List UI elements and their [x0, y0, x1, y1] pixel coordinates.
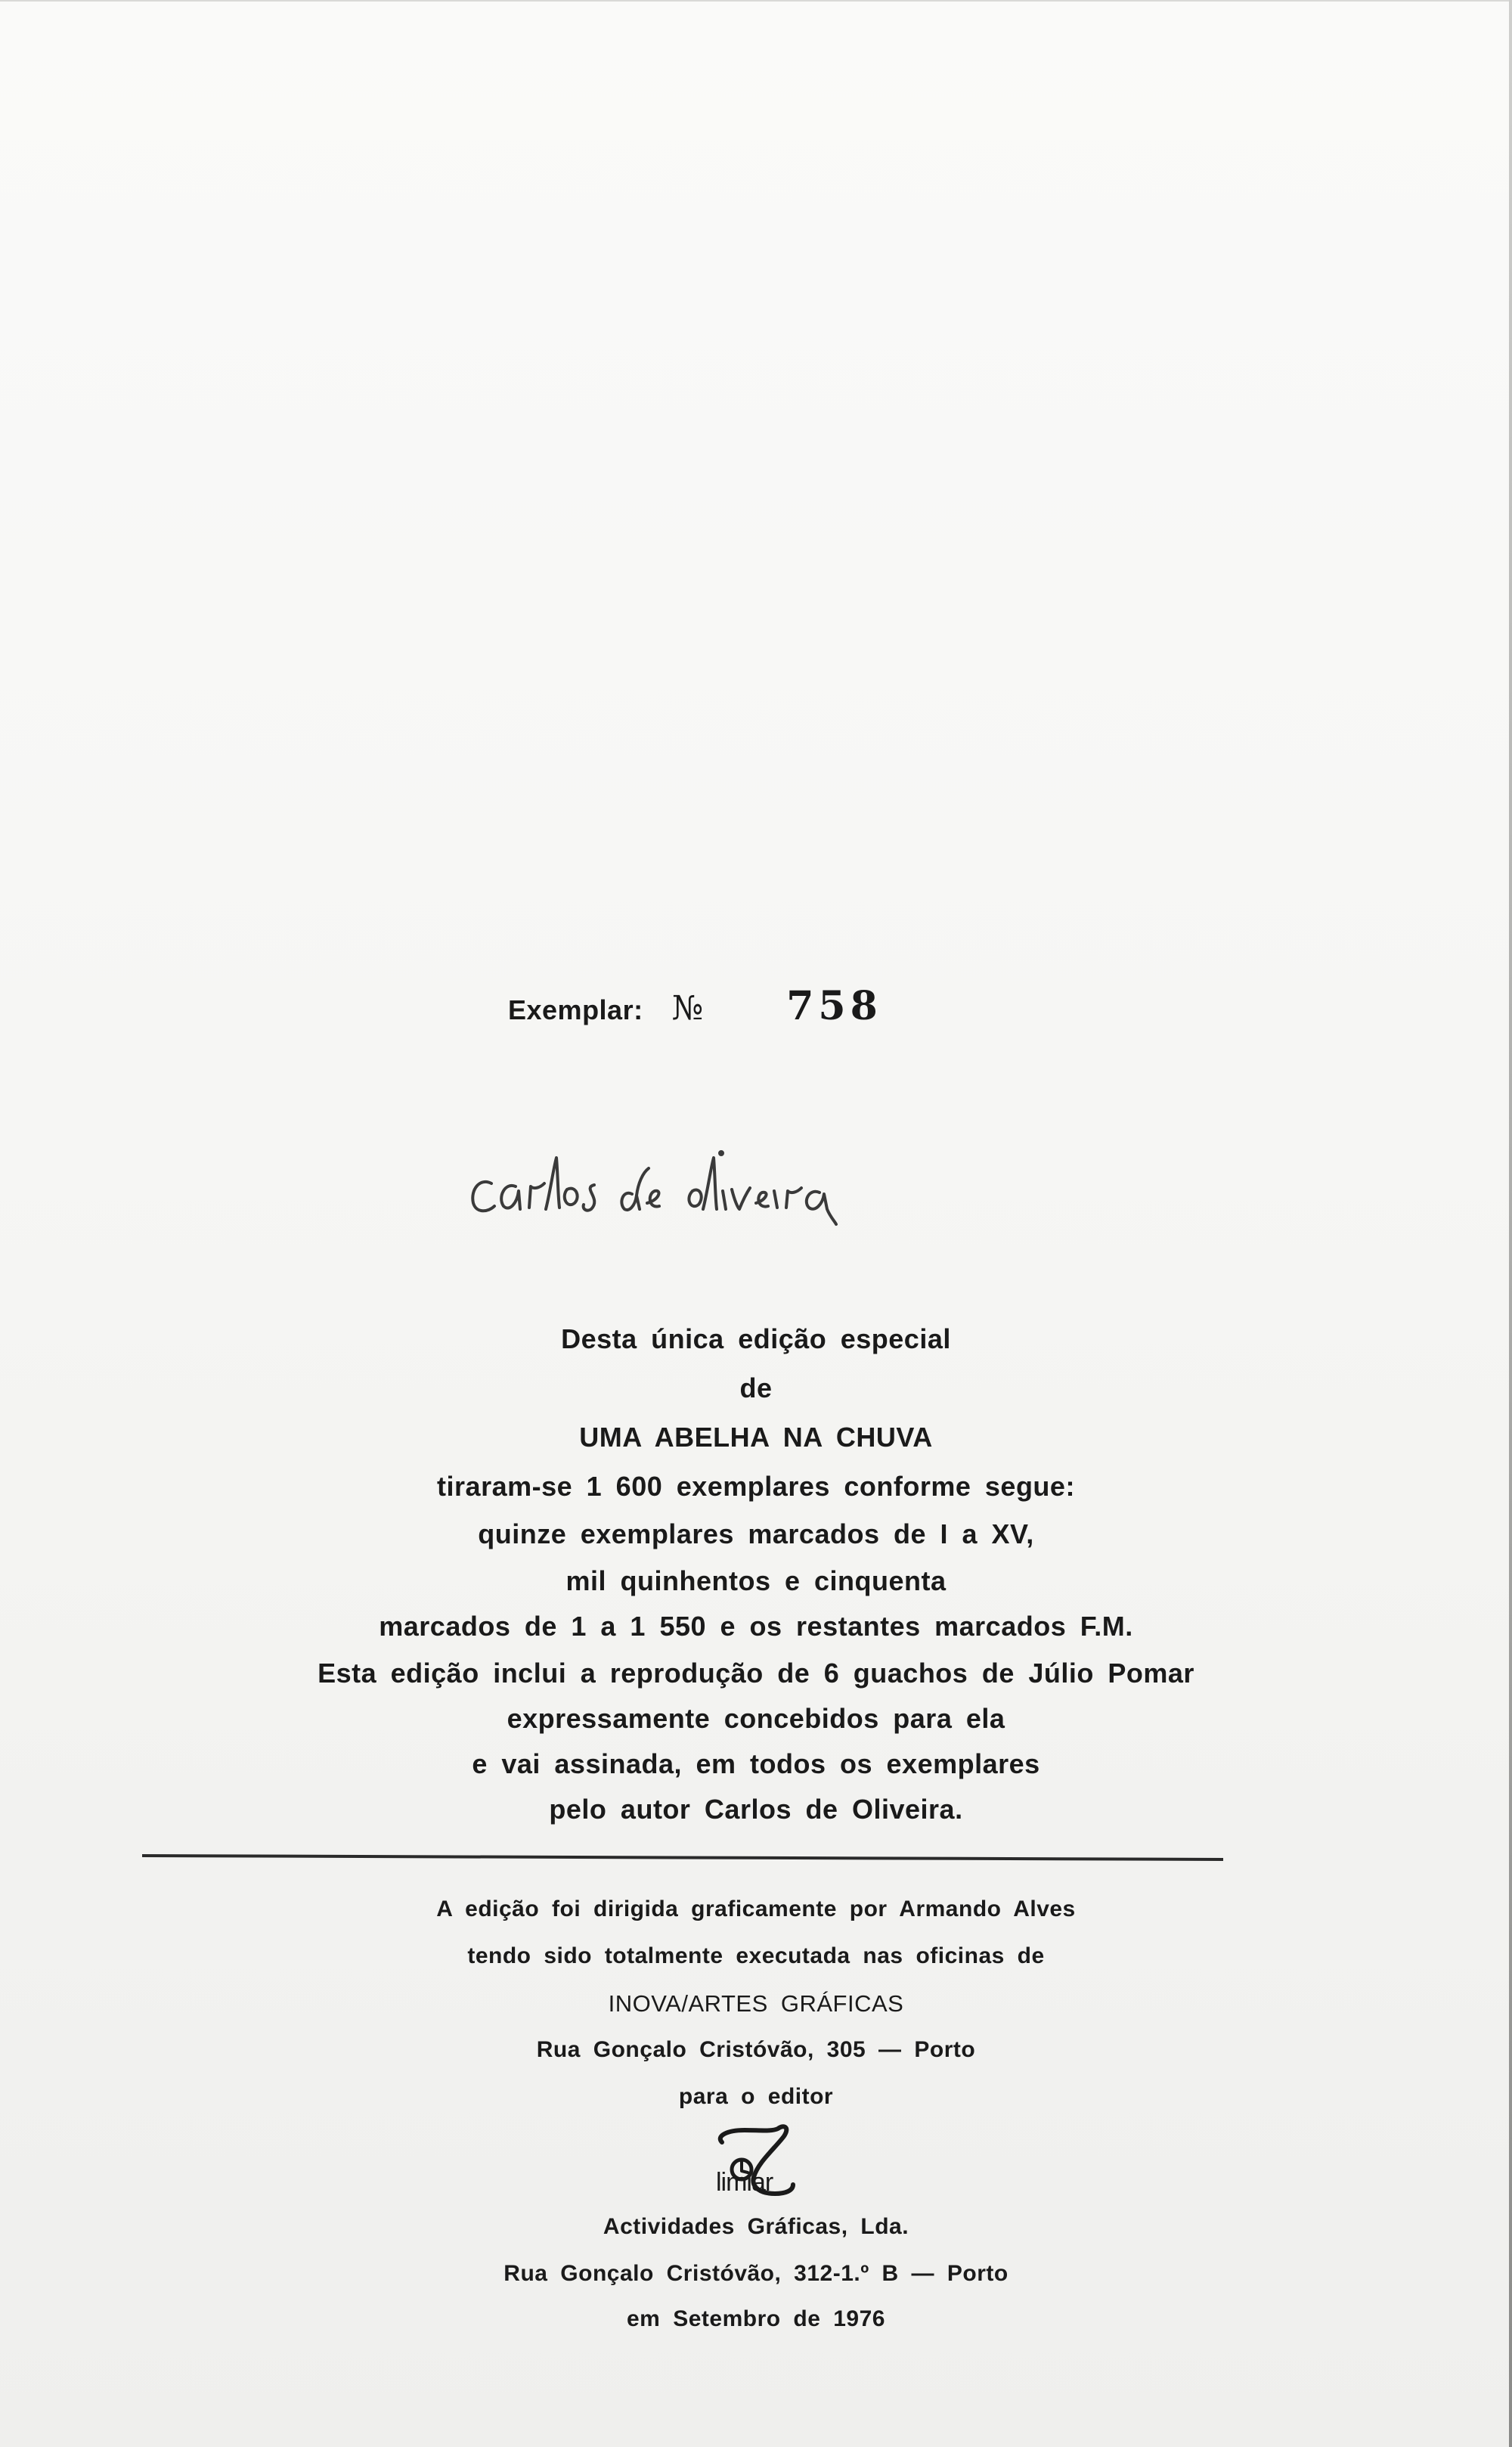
printing-line: A edição foi dirigida graficamente por A… — [0, 1897, 1512, 1922]
colophon-line: tiraram-se 1 600 exemplares conforme seg… — [0, 1471, 1512, 1503]
colophon-line: Desta única edição especial — [0, 1323, 1512, 1355]
signature-handwriting-icon — [461, 1130, 885, 1244]
divider-rule — [142, 1854, 1223, 1861]
colophon-line: expressamente concebidos para ela — [0, 1703, 1512, 1735]
exemplar-number-block: Exemplar: № 758 — [508, 983, 882, 1044]
publisher-name: Actividades Gráficas, Lda. — [0, 2214, 1512, 2240]
colophon-line: de — [0, 1372, 1512, 1404]
printer-name: INOVA/ARTES GRÁFICAS — [0, 1990, 1512, 2017]
colophon-line: Esta edição inclui a reprodução de 6 gua… — [0, 1658, 1512, 1689]
colophon-line: mil quinhentos e cinquenta — [0, 1565, 1512, 1597]
colophon-line: quinze exemplares marcados de I a XV, — [0, 1518, 1512, 1550]
colophon-line: e vai assinada, em todos os exemplares — [0, 1748, 1512, 1780]
page-top-edge — [0, 0, 1512, 2]
page-right-edge — [1509, 0, 1512, 2447]
colophon-line: pelo autor Carlos de Oliveira. — [0, 1794, 1512, 1825]
exemplar-label: Exemplar: — [508, 994, 643, 1026]
publisher-address: Rua Gonçalo Cristóvão, 312-1.º B — Porto — [0, 2261, 1512, 2287]
author-signature: carlos de oliveira — [461, 1130, 885, 1244]
printing-line: tendo sido totalmente executada nas ofic… — [0, 1943, 1512, 1969]
colophon-line: marcados de 1 a 1 550 e os restantes mar… — [0, 1611, 1512, 1642]
publisher-logo: limiar — [0, 2121, 1512, 2204]
exemplar-number: 758 — [786, 983, 882, 1029]
limiar-wordmark: limiar — [716, 2168, 773, 2197]
numero-sign: № — [672, 989, 704, 1028]
printing-line: Rua Gonçalo Cristóvão, 305 — Porto — [0, 2037, 1512, 2063]
book-title: UMA ABELHA NA CHUVA — [0, 1422, 1512, 1453]
printing-line: para o editor — [0, 2084, 1512, 2110]
publication-date: em Setembro de 1976 — [0, 2306, 1512, 2332]
